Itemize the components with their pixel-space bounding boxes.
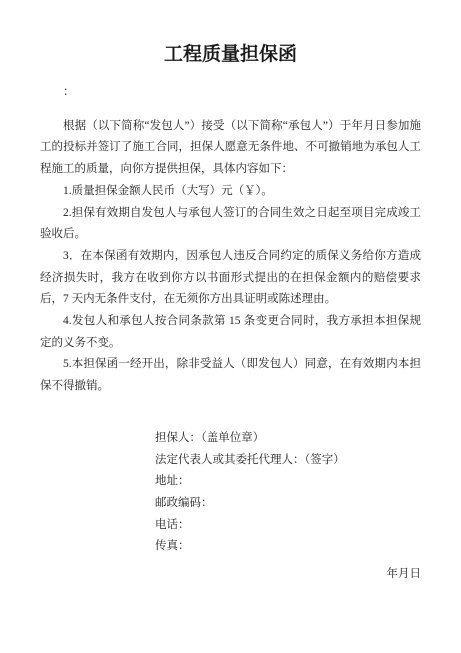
salutation-line: ：: [40, 82, 421, 104]
signature-line-guarantor: 担保人：（盖单位章）: [155, 428, 421, 450]
paragraph-clause-2: 2.担保有效期自发包人与承包人签订的合同生效之日起至项目完成竣工验收后。: [40, 203, 421, 246]
paragraph-clause-1: 1.质量担保金额人民币（大写）元（￥）。: [40, 181, 421, 203]
paragraph-clause-4: 4.发包人和承包人按合同条款第 15 条变更合同时，我方承担本担保规定的义务不变…: [40, 311, 421, 354]
document-title: 工程质量担保函: [40, 42, 421, 68]
signature-line-phone: 电话：: [155, 515, 421, 537]
signature-line-address: 地址：: [155, 471, 421, 493]
paragraph-intro: 根据（以下简称“发包人”）接受（以下简称“承包人”）于年月日参加施工的投标并签订…: [40, 116, 421, 181]
document-page: 工程质量担保函 ： 根据（以下简称“发包人”）接受（以下简称“承包人”）于年月日…: [0, 0, 461, 653]
paragraph-clause-3: 3．在本保函有效期内，因承包人违反合同约定的质保义务给你方造成经济损失时，我方在…: [40, 246, 421, 311]
signature-line-postal-code: 邮政编码：: [155, 493, 421, 515]
signature-line-legal-representative: 法定代表人或其委托代理人：（签字）: [155, 450, 421, 472]
paragraph-clause-5: 5.本担保函一经开出，除非受益人（即发包人）同意，在有效期内本担保不得撤销。: [40, 354, 421, 397]
date-line: 年月日: [40, 564, 421, 586]
signature-line-fax: 传真：: [155, 536, 421, 558]
signature-block: 担保人：（盖单位章） 法定代表人或其委托代理人：（签字） 地址： 邮政编码： 电…: [155, 428, 421, 558]
